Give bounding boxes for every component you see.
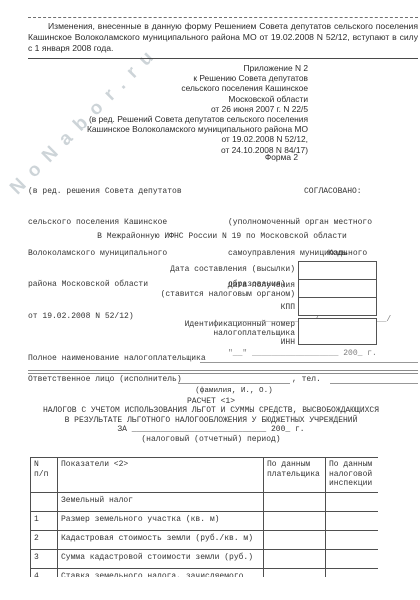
top-dashed-rule: [28, 17, 418, 18]
name-format-hint: (фамилия, И., О.): [178, 387, 290, 395]
cell-num: 1: [31, 512, 58, 531]
approval-date-blank: "__" __________________ 200_ г.: [228, 349, 391, 359]
table-row: 4 Ставка земельного налога, зачисляемого: [31, 569, 379, 578]
document-content: Изменения, внесенные в данную форму Реше…: [0, 0, 420, 600]
cell-indicator: Земельный налог: [58, 493, 264, 512]
scanned-document-page: NoNabor.ru Изменения, внесенные в данную…: [0, 0, 420, 600]
cell-inspection-value: [326, 569, 379, 578]
appendix-line: сельского поселения Кашинское: [58, 83, 308, 93]
calculation-title-block: РАСЧЕТ <1> НАЛОГОВ С УЧЕТОМ ИСПОЛЬЗОВАНИ…: [24, 397, 398, 444]
period-hint: (налоговый (отчетный) период): [24, 435, 398, 444]
appendix-block: Приложение N 2 к Решению Совета депутато…: [58, 63, 308, 155]
table-header-row: N п/п Показатели <2> По данным плательщи…: [31, 458, 379, 493]
approval-line: (уполномоченный орган местного: [228, 218, 391, 228]
cell-payer-value: [264, 550, 326, 569]
cell-inspection-value: [326, 493, 379, 512]
code-label-kpp: КПП: [80, 303, 295, 312]
header-inspection-data: По данным налоговой инспекции: [326, 458, 379, 493]
revision-line: (в ред. решения Совета депутатов: [28, 187, 182, 197]
table-row: 1 Размер земельного участка (кв. м): [31, 512, 379, 531]
header-indicator: Показатели <2>: [58, 458, 264, 493]
appendix-line: к Решению Совета депутатов: [58, 73, 308, 83]
taxpayer-name-label: Полное наименование налогоплательщика: [28, 354, 206, 363]
cell-num: 3: [31, 550, 58, 569]
phone-blank: [330, 383, 418, 384]
cell-inspection-value: [326, 531, 379, 550]
cell-num: [31, 493, 58, 512]
cell-inspection-value: [326, 512, 379, 531]
amendment-bottom-rule: [28, 58, 418, 59]
revision-block: (в ред. решения Совета депутатов сельско…: [28, 166, 182, 343]
cell-payer-value: [264, 569, 326, 578]
appendix-line: (в ред. Решений Совета депутатов сельско…: [58, 114, 308, 124]
appendix-line: Московской области: [58, 94, 308, 104]
appendix-line: от 19.02.2008 N 52/12,: [58, 134, 308, 144]
codes-column-title: Коды: [298, 249, 377, 258]
code-label-inn: Идентификационный номер налогоплательщик…: [80, 320, 295, 347]
header-payer-data: По данным плательщика: [264, 458, 326, 493]
calculation-table-wrap: N п/п Показатели <2> По данным плательщи…: [30, 457, 378, 577]
calculation-title-line3: В РЕЗУЛЬТАТЕ ЛЬГОТНОГО НАЛОГООБЛОЖЕНИЯ У…: [24, 416, 398, 425]
phone-label: , тел.: [292, 375, 321, 384]
appendix-line: Кашинское Волоколамского муниципального …: [58, 124, 308, 134]
cell-indicator: Сумма кадастровой стоимости земли (руб.): [58, 550, 264, 569]
code-label-date-received: Дата получения (ставится налоговым орган…: [80, 281, 295, 299]
appendix-line: Приложение N 2: [58, 63, 308, 73]
header-num: N п/п: [31, 458, 58, 493]
cell-indicator: Ставка земельного налога, зачисляемого: [58, 569, 264, 578]
amendment-note: Изменения, внесенные в данную форму Реше…: [28, 21, 418, 54]
code-box-date-sent: [298, 261, 377, 280]
cell-inspection-value: [326, 550, 379, 569]
cell-indicator: Размер земельного участка (кв. м): [58, 512, 264, 531]
double-rule: [28, 370, 418, 374]
calculation-title: РАСЧЕТ <1>: [24, 397, 398, 406]
cell-payer-value: [264, 531, 326, 550]
code-box-inn: [298, 318, 377, 345]
table-row: Земельный налог: [31, 493, 379, 512]
code-box-date-received: [298, 279, 377, 298]
form-number-label: Форма 2: [58, 152, 298, 162]
responsible-person-label: Ответственное лицо (исполнитель): [28, 375, 182, 384]
cell-indicator: Кадастровая стоимость земли (руб./кв. м): [58, 531, 264, 550]
cell-num: 4: [31, 569, 58, 578]
responsible-name-blank: [178, 383, 290, 384]
cell-payer-value: [264, 493, 326, 512]
table-row: 3 Сумма кадастровой стоимости земли (руб…: [31, 550, 379, 569]
approval-heading: СОГЛАСОВАНО:: [228, 187, 391, 197]
revision-line: сельского поселения Кашинское: [28, 218, 182, 228]
code-box-kpp: [298, 297, 377, 316]
calculation-title-line2: НАЛОГОВ С УЧЕТОМ ИСПОЛЬЗОВАНИЯ ЛЬГОТ И С…: [24, 406, 398, 415]
taxpayer-name-blank: [200, 362, 418, 363]
code-label-date-sent: Дата составления (высылки): [80, 265, 295, 274]
appendix-line: от 26 июня 2007 г. N 22/5: [58, 104, 308, 114]
cell-num: 2: [31, 531, 58, 550]
period-blank-line: ЗА ____________________________ 200_ г.: [24, 425, 398, 434]
calculation-table: N п/п Показатели <2> По данным плательщи…: [30, 457, 378, 577]
recipient-inspection-line: В Межрайонную ИФНС России N 19 по Москов…: [40, 232, 404, 241]
cell-payer-value: [264, 512, 326, 531]
revision-line: Волоколамского муниципального: [28, 249, 182, 259]
table-row: 2 Кадастровая стоимость земли (руб./кв. …: [31, 531, 379, 550]
